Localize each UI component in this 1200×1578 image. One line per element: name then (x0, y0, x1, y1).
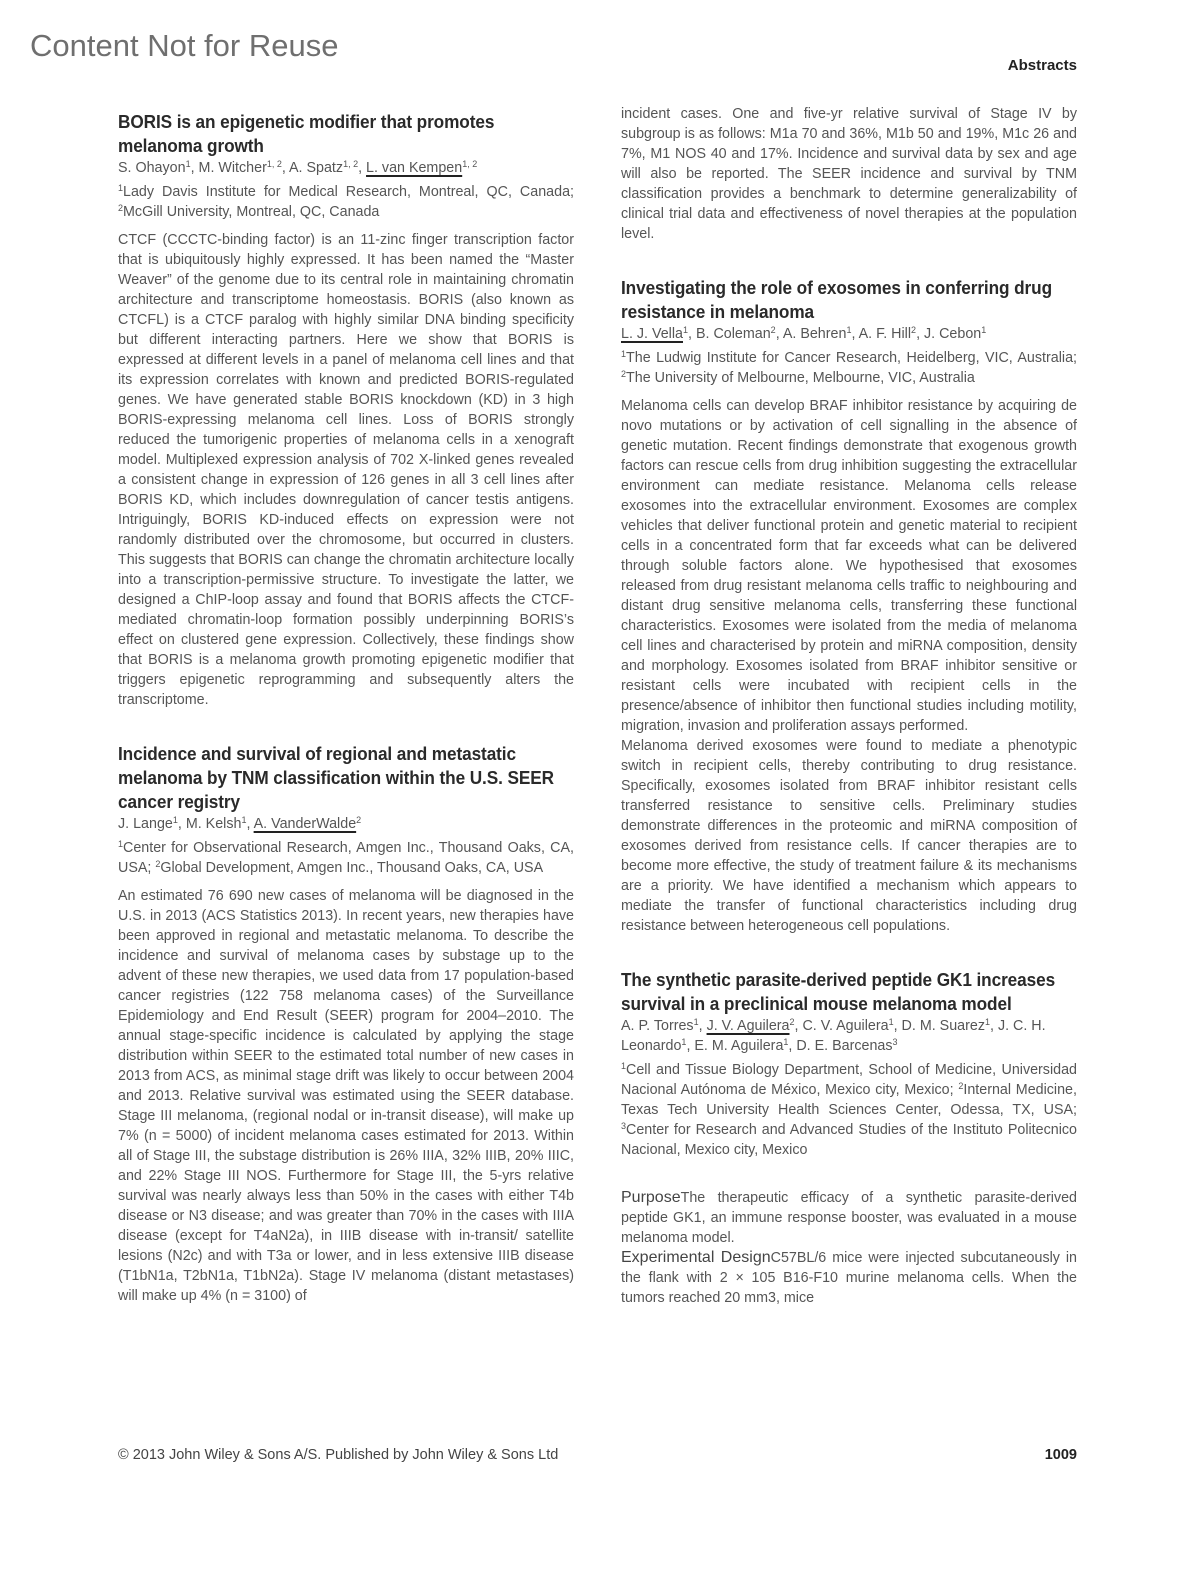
left-column: BORIS is an epigenetic modifier that pro… (118, 110, 574, 1306)
affiliations: 1Lady Davis Institute for Medical Resear… (118, 182, 574, 222)
abstract-body: Melanoma cells can develop BRAF inhibito… (621, 396, 1077, 936)
author-list: L. J. Vella1, B. Coleman2, A. Behren1, A… (621, 324, 1077, 344)
author-list: J. Lange1, M. Kelsh1, A. VanderWalde2 (118, 814, 574, 834)
author-name: A. Behren (783, 326, 847, 342)
affiliation-text: Global Development, Amgen Inc., Thousand… (160, 860, 543, 876)
author-name: E. M. Aguilera (694, 1038, 783, 1054)
section-heading: Purpose (621, 1189, 681, 1206)
affiliation-marker: 2 (771, 325, 776, 335)
abstract-boris: BORIS is an epigenetic modifier that pro… (118, 110, 574, 710)
affiliations: 1Cell and Tissue Biology Department, Sch… (621, 1060, 1077, 1160)
running-head: Abstracts (1008, 57, 1077, 74)
body-section-design: Experimental DesignC57BL/6 mice were inj… (621, 1248, 1077, 1308)
abstract-title: Investigating the role of exosomes in co… (621, 276, 1077, 324)
affiliation-marker: 3 (893, 1037, 898, 1047)
author-name: L. J. Vella (621, 326, 683, 342)
copyright-footer: © 2013 John Wiley & Sons A/S. Published … (118, 1447, 558, 1463)
affiliation-marker: 1 (173, 815, 178, 825)
body-paragraph: CTCF (CCCTC-binding factor) is an 11-zin… (118, 230, 574, 710)
affiliation-text: Lady Davis Institute for Medical Researc… (123, 184, 574, 200)
affiliations: 1Center for Observational Research, Amge… (118, 838, 574, 878)
section-text: The therapeutic efficacy of a synthetic … (621, 1190, 1077, 1246)
abstract-gk1-peptide: The synthetic parasite-derived peptide G… (621, 968, 1077, 1308)
page-number: 1009 (1045, 1447, 1077, 1463)
abstract-continuation: incident cases. One and five-yr relative… (621, 104, 1077, 244)
author-list: S. Ohayon1, M. Witcher1, 2, A. Spatz1, 2… (118, 158, 574, 178)
affiliation-marker: 1 (783, 1037, 788, 1047)
affiliation-text: Center for Research and Advanced Studies… (621, 1122, 1077, 1158)
abstract-title: The synthetic parasite-derived peptide G… (621, 968, 1077, 1016)
affiliation-marker: 1, 2 (343, 159, 358, 169)
section-gap (118, 710, 574, 742)
affiliation-marker: 2 (356, 815, 361, 825)
affiliation-marker: 1, 2 (267, 159, 282, 169)
affiliation-marker: 2 (790, 1017, 795, 1027)
abstract-exosomes: Investigating the role of exosomes in co… (621, 276, 1077, 936)
affiliation-marker: 1, 2 (462, 159, 477, 169)
abstract-body: CTCF (CCCTC-binding factor) is an 11-zin… (118, 230, 574, 710)
affiliation-text: The University of Melbourne, Melbourne, … (626, 370, 975, 386)
section-gap (621, 244, 1077, 276)
body-paragraph: An estimated 76 690 new cases of melanom… (118, 886, 574, 1306)
affiliations: 1The Ludwig Institute for Cancer Researc… (621, 348, 1077, 388)
body-paragraph: incident cases. One and five-yr relative… (621, 104, 1077, 244)
abstract-body: PurposeThe therapeutic efficacy of a syn… (621, 1188, 1077, 1308)
body-paragraph: Melanoma derived exosomes were found to … (621, 736, 1077, 936)
section-gap (621, 936, 1077, 968)
section-heading: Experimental Design (621, 1249, 771, 1266)
affiliation-marker: 1 (694, 1017, 699, 1027)
author-name: J. Cebon (924, 326, 981, 342)
author-name: A. Spatz (289, 160, 343, 176)
abstract-body: An estimated 76 690 new cases of melanom… (118, 886, 574, 1306)
affiliation-marker: 2 (911, 325, 916, 335)
watermark-text: Content Not for Reuse (30, 28, 338, 64)
abstract-title: Incidence and survival of regional and m… (118, 742, 574, 814)
author-name: M. Witcher (199, 160, 267, 176)
author-name: J. Lange (118, 816, 173, 832)
abstract-seer-incidence: Incidence and survival of regional and m… (118, 742, 574, 1306)
author-name: M. Kelsh (186, 816, 242, 832)
author-name: A. F. Hill (859, 326, 911, 342)
affiliation-text: McGill University, Montreal, QC, Canada (123, 204, 379, 220)
author-name: D. E. Barcenas (796, 1038, 892, 1054)
abstract-title: BORIS is an epigenetic modifier that pro… (118, 110, 574, 158)
affiliation-marker: 1 (681, 1037, 686, 1047)
body-section-purpose: PurposeThe therapeutic efficacy of a syn… (621, 1188, 1077, 1248)
affiliation-marker: 1 (186, 159, 191, 169)
body-paragraph: Melanoma cells can develop BRAF inhibito… (621, 396, 1077, 736)
author-name: J. V. Aguilera (707, 1018, 790, 1034)
author-list: A. P. Torres1, J. V. Aguilera2, C. V. Ag… (621, 1016, 1077, 1056)
affiliation-marker: 1 (981, 325, 986, 335)
affiliation-marker: 1 (683, 325, 688, 335)
affiliation-text: The Ludwig Institute for Cancer Research… (626, 350, 1077, 366)
affiliation-marker: 1 (846, 325, 851, 335)
author-name: B. Coleman (696, 326, 771, 342)
right-column: incident cases. One and five-yr relative… (621, 104, 1077, 1308)
author-name: S. Ohayon (118, 160, 186, 176)
author-name: C. V. Aguilera (802, 1018, 888, 1034)
affiliation-marker: 1 (241, 815, 246, 825)
author-name: A. VanderWalde (254, 816, 357, 832)
author-name: L. van Kempen (366, 160, 462, 176)
author-name: D. M. Suarez (902, 1018, 985, 1034)
affiliation-marker: 1 (889, 1017, 894, 1027)
affiliation-marker: 1 (985, 1017, 990, 1027)
author-name: A. P. Torres (621, 1018, 694, 1034)
